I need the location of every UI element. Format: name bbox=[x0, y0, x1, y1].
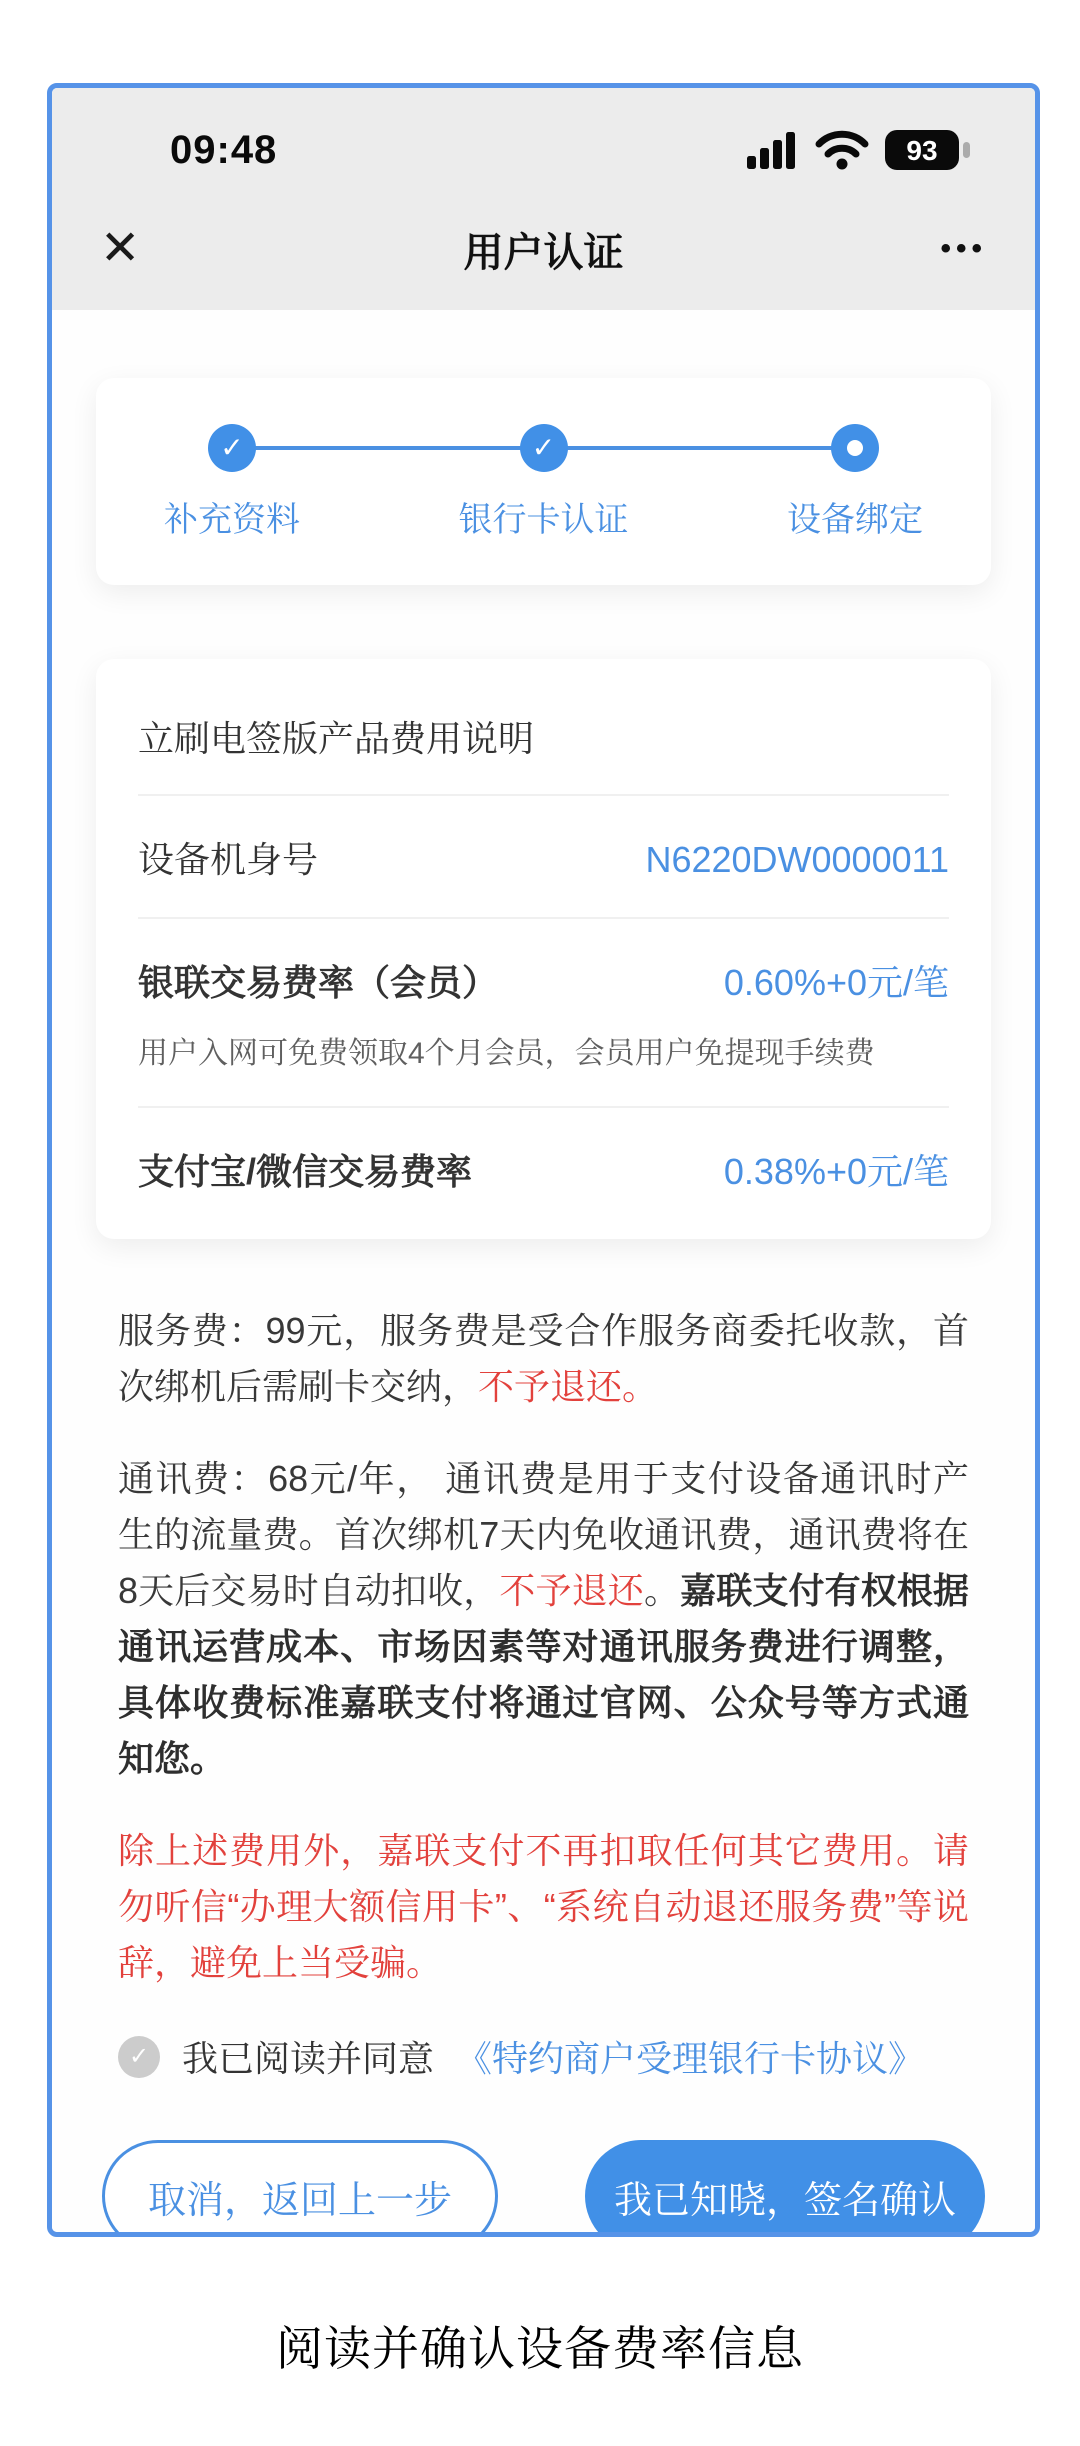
step-indicator: ✓ 补充资料 ✓ 银行卡认证 设备绑定 bbox=[132, 424, 955, 541]
step-done-icon: ✓ bbox=[208, 424, 256, 472]
battery-icon: 93 bbox=[885, 129, 971, 171]
screenshot-stage: 09:48 9 bbox=[0, 0, 1080, 2446]
membership-note: 用户入网可免费领取4个月会员，会员用户免提现手续费 bbox=[138, 1028, 949, 1072]
fee-row-label: 支付宝/微信交易费率 bbox=[138, 1144, 472, 1195]
fee-row-alipay-wechat-rate: 支付宝/微信交易费率 0.38%+0元/笔 bbox=[138, 1108, 949, 1229]
check-icon: ✓ bbox=[220, 434, 243, 462]
status-time: 09:48 bbox=[170, 128, 277, 173]
progress-steps-card: ✓ 补充资料 ✓ 银行卡认证 设备绑定 bbox=[96, 378, 991, 585]
header-zone: 09:48 9 bbox=[52, 88, 1035, 310]
step-label: 设备绑定 bbox=[787, 492, 923, 541]
fee-row-device-serial: 设备机身号 N6220DW0000011 bbox=[138, 796, 949, 919]
step-supplement-info: ✓ 补充资料 bbox=[132, 424, 332, 541]
agreement-link[interactable]: 《特约商户受理银行卡协议》 bbox=[456, 2031, 924, 2082]
main-content: ✓ 补充资料 ✓ 银行卡认证 设备绑定 立刷电签版产品费用说明 bbox=[52, 310, 1035, 2237]
step-current-icon bbox=[831, 424, 879, 472]
device-serial-value: N6220DW0000011 bbox=[645, 839, 949, 881]
fee-card-title: 立刷电签版产品费用说明 bbox=[138, 693, 949, 796]
period-text: 。 bbox=[644, 1570, 680, 1611]
non-refundable-red-text: 不予退还。 bbox=[478, 1366, 658, 1407]
agreement-row: ✓ 我已阅读并同意《特约商户受理银行卡协议》 bbox=[118, 2031, 969, 2082]
step-bankcard-auth: ✓ 银行卡认证 bbox=[444, 424, 644, 541]
step-done-icon: ✓ bbox=[520, 424, 568, 472]
fee-row-unionpay-rate: 银联交易费率（会员） 0.60%+0元/笔 用户入网可免费领取4个月会员，会员用… bbox=[138, 919, 949, 1108]
unionpay-rate-value: 0.60%+0元/笔 bbox=[724, 955, 949, 1006]
comm-fee-paragraph: 通讯费：68元/年， 通讯费是用于支付设备通讯时产生的流量费。首次绑机7天内免收… bbox=[118, 1451, 969, 1787]
screenshot-caption: 阅读并确认设备费率信息 bbox=[0, 2312, 1080, 2379]
wifi-icon bbox=[815, 130, 869, 170]
phone-frame: 09:48 9 bbox=[47, 83, 1040, 2237]
non-refundable-red-text: 不予退还 bbox=[499, 1570, 644, 1611]
fee-row-label: 银联交易费率（会员） bbox=[138, 955, 498, 1006]
fee-description-card: 立刷电签版产品费用说明 设备机身号 N6220DW0000011 银联交易费率（… bbox=[96, 659, 991, 1239]
radio-dot-icon bbox=[847, 440, 863, 456]
nav-bar: ✕ 用户认证 ••• bbox=[52, 198, 1035, 310]
step-label: 补充资料 bbox=[164, 492, 300, 541]
anti-fraud-warning-paragraph: 除上述费用外，嘉联支付不再扣取任何其它费用。请勿听信“办理大额信用卡”、“系统自… bbox=[118, 1823, 969, 1991]
fee-terms-text: 服务费：99元，服务费是受合作服务商委托收款，首次绑机后需刷卡交纳，不予退还。 … bbox=[118, 1303, 969, 1991]
fee-row-label: 设备机身号 bbox=[138, 832, 318, 883]
step-device-binding: 设备绑定 bbox=[755, 424, 955, 541]
battery-percent: 93 bbox=[906, 135, 937, 166]
signal-icon bbox=[747, 130, 799, 170]
agreement-checkbox[interactable]: ✓ bbox=[118, 2036, 160, 2078]
step-label: 银行卡认证 bbox=[459, 492, 629, 541]
agreement-text: 我已阅读并同意 bbox=[182, 2031, 434, 2082]
service-fee-paragraph: 服务费：99元，服务费是受合作服务商委托收款，首次绑机后需刷卡交纳，不予退还。 bbox=[118, 1303, 969, 1415]
action-buttons: 取消，返回上一步 我已知晓，签名确认 bbox=[102, 2140, 985, 2237]
status-bar: 09:48 9 bbox=[52, 88, 1035, 198]
cancel-back-button[interactable]: 取消，返回上一步 bbox=[102, 2140, 498, 2237]
confirm-sign-button[interactable]: 我已知晓，签名确认 bbox=[585, 2140, 985, 2237]
status-icons: 93 bbox=[747, 129, 971, 171]
check-icon: ✓ bbox=[129, 2042, 149, 2071]
check-icon: ✓ bbox=[532, 434, 555, 462]
alipay-wechat-rate-value: 0.38%+0元/笔 bbox=[724, 1144, 949, 1195]
page-title: 用户认证 bbox=[52, 221, 1035, 278]
